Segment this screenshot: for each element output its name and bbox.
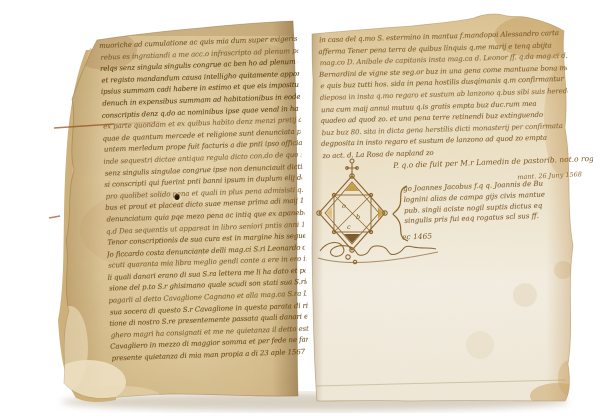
seal-letter: b (356, 213, 360, 221)
seal-letter: o (342, 202, 346, 210)
right-page-text-block: in casa del q.mo S. estermino in mantua … (318, 28, 569, 162)
attestation-block: go Joannes Jacobus f.q q. Joannis de Bul… (403, 177, 575, 227)
seal-letter: c (347, 223, 351, 231)
manuscript-photo: o b c muoriche ad cumulatione ac quis mi… (0, 0, 600, 419)
left-page-text-block: muoriche ad cumulatione ac quis mia dum … (99, 34, 309, 366)
